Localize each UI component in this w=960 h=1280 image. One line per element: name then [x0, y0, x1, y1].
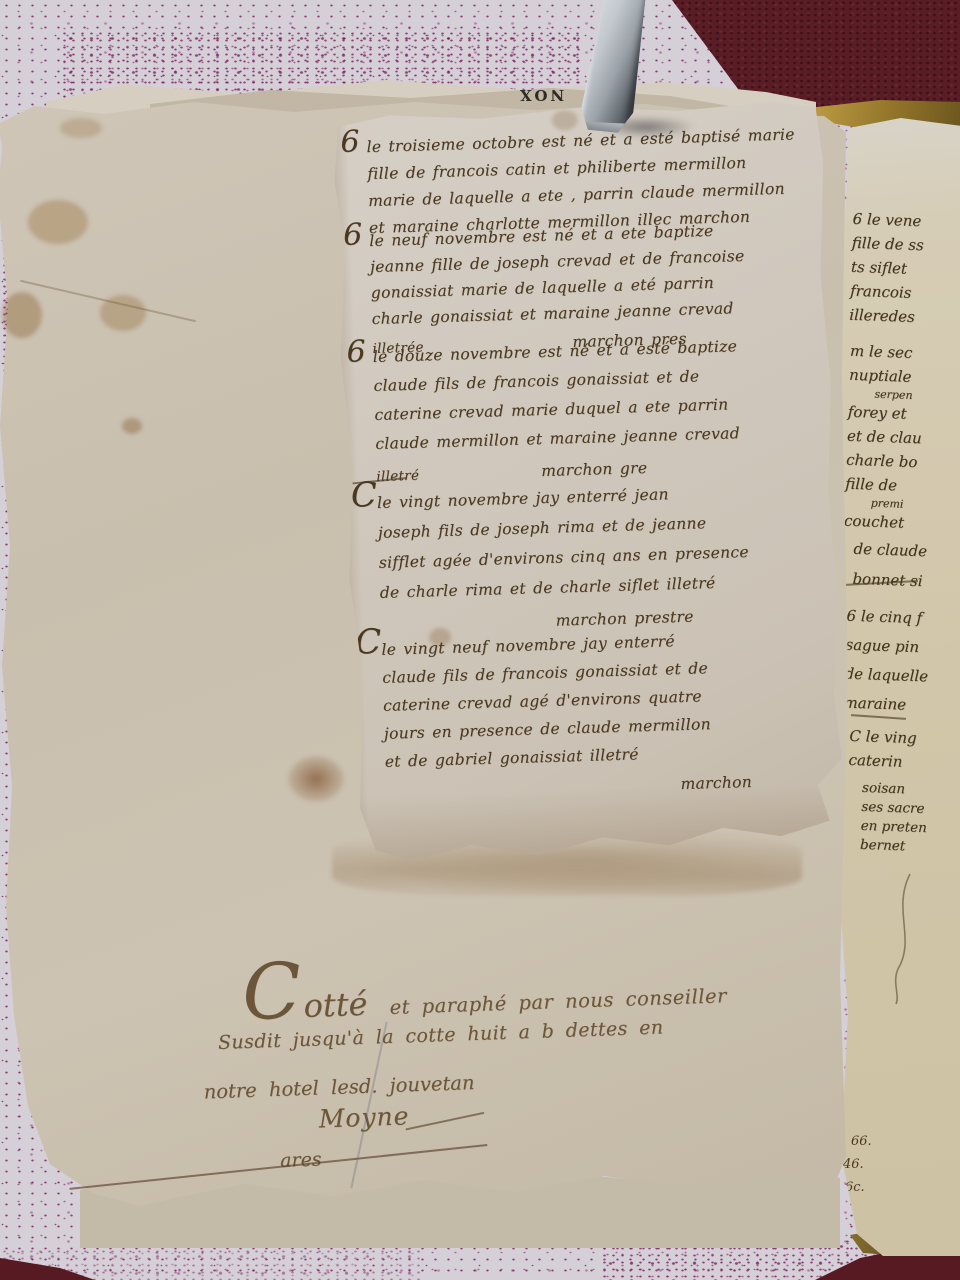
burial-entry: C le vingt neuf novembre jay enterré cla… [381, 623, 832, 803]
manuscript-page: 6 le troisieme octobre est né et a esté … [329, 95, 846, 881]
margin-number: 46. [843, 1153, 872, 1176]
right-page-block: 6 le vene fille de ss ts siflet francois… [849, 207, 925, 329]
manuscript-line: soisan [862, 779, 929, 800]
edge-print-label: NOX [517, 86, 564, 104]
entry-marker: C [350, 480, 377, 511]
manuscript-line: forey et [847, 400, 923, 427]
inscription-line: notre hotel lesd. jouvetan [203, 1071, 475, 1103]
baptism-entry: 6 le douze novembre est né et a esté bap… [372, 330, 822, 486]
margin-number: 66. [843, 1130, 872, 1153]
margin-numbers: 66. 46. 6c. [843, 1130, 872, 1199]
right-page-block: soisan ses sacre en preten bernet [860, 779, 929, 857]
entry-marker: 6 [346, 337, 366, 367]
signature-flourish [406, 1112, 485, 1131]
manuscript-line: couchet [844, 509, 920, 536]
lower-page-inscription: Cotté et paraphé par nous conseiller Sus… [180, 919, 829, 1211]
manuscript-line: m le sec [850, 339, 926, 366]
margin-number: 6c. [843, 1176, 872, 1199]
manuscript-line: fille de [845, 472, 921, 499]
manuscript-line: illeredes [849, 303, 922, 329]
manuscript-line: C le ving [849, 724, 917, 750]
right-page-block: 6 le cinq f sague pin de laquelle marain… [843, 602, 931, 721]
printed-edge-text: NOX [502, 79, 579, 112]
manuscript-line: de claude [853, 534, 928, 567]
right-page: 6 le vene fille de ss ts siflet francois… [831, 84, 960, 1256]
manuscript-line: sague pin [845, 631, 930, 663]
entry-footer-right: marchon [680, 768, 752, 798]
entry-marker: 6 [340, 128, 360, 156]
book-cover-bottom-left [0, 1256, 95, 1280]
manuscript-line: en preten [860, 817, 927, 838]
manuscript-line: ts siflet [851, 255, 924, 281]
inscription-large-word: Cotté [241, 945, 369, 1038]
manuscript-line: bernet [860, 836, 927, 857]
manuscript-line: fille de ss [851, 231, 924, 257]
paraph: ares [280, 1148, 322, 1171]
burial-entry: C le vingt novembre jay enterré jean jos… [377, 475, 827, 635]
manuscript-line: caterin [848, 748, 916, 774]
ink-flourish [886, 874, 920, 1004]
right-page-block: de claude bonnet si [852, 534, 928, 597]
manuscript-line: charle bo [846, 448, 922, 475]
manuscript-line: de laquelle [844, 660, 929, 692]
manuscript-line: et de clau [847, 424, 923, 451]
manuscript-line: nuptiale [849, 363, 925, 390]
manuscript-line: francois [850, 279, 923, 305]
entry-marker: 6 [343, 222, 363, 249]
right-page-block: C le ving caterin [848, 724, 917, 774]
manuscript-line: ses sacre [861, 798, 928, 819]
entry-footer-left: illetré [376, 468, 419, 485]
manuscript-photo: { "colors": { "endpaper": "#d5cfd8", "sp… [0, 0, 960, 1280]
right-page-block: m le sec nuptiale serpen forey et et de … [844, 339, 925, 535]
manuscript-line: 6 le cinq f [846, 602, 931, 634]
manuscript-line: 6 le vene [852, 207, 925, 233]
inscription-line: et paraphé par nous conseiller [389, 984, 727, 1019]
